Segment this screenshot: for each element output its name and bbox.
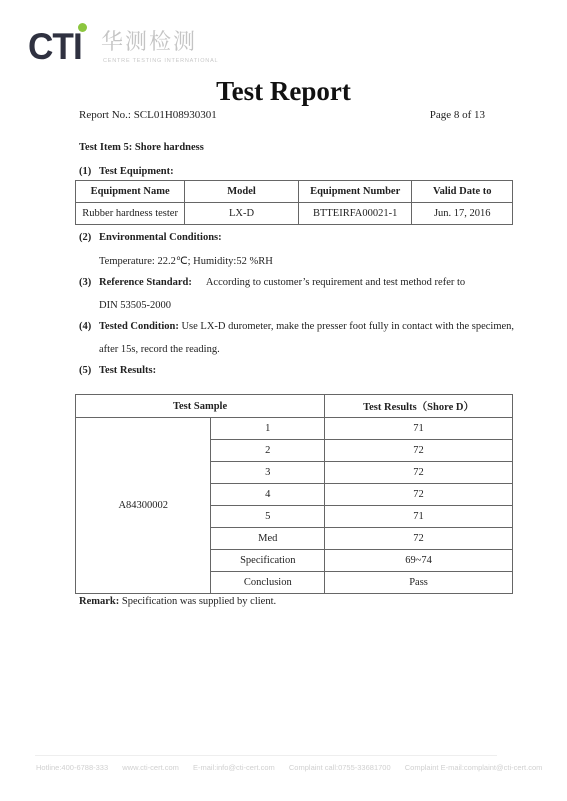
- footer-complaint-call: Complaint call:0755-33681700: [289, 763, 391, 772]
- footer-divider: [35, 755, 497, 756]
- table-cell: 3: [211, 462, 325, 484]
- table-cell: 1: [211, 418, 325, 440]
- logo-brand: CTI: [28, 30, 82, 64]
- table-cell: Jun. 17, 2016: [412, 203, 513, 225]
- table-cell: 71: [325, 418, 513, 440]
- table-header-row: Test Sample Test Results（Shore D）: [76, 395, 513, 418]
- table-cell: Rubber hardness tester: [76, 203, 185, 225]
- results-table: Test Sample Test Results（Shore D） A84300…: [75, 394, 513, 594]
- table-header-row: Equipment Name Model Equipment Number Va…: [76, 181, 513, 203]
- section-environment: (2)Environmental Conditions:: [79, 232, 222, 243]
- column-header: Test Results（Shore D）: [325, 395, 513, 418]
- column-header: Model: [185, 181, 299, 203]
- reference-standard: DIN 53505-2000: [99, 300, 171, 311]
- section-equipment: (1)Test Equipment:: [79, 166, 174, 177]
- report-number: Report No.: SCL01H08930301: [79, 109, 217, 121]
- equipment-table: Equipment Name Model Equipment Number Va…: [75, 180, 513, 225]
- sample-id-cell: A84300002: [76, 418, 211, 594]
- table-cell: 72: [325, 484, 513, 506]
- column-header: Test Sample: [76, 395, 325, 418]
- table-cell: Conclusion: [211, 572, 325, 594]
- column-header: Equipment Name: [76, 181, 185, 203]
- table-cell: 69~74: [325, 550, 513, 572]
- table-cell: Specification: [211, 550, 325, 572]
- table-cell: Pass: [325, 572, 513, 594]
- table-cell: 4: [211, 484, 325, 506]
- table-cell: 2: [211, 440, 325, 462]
- logo-dot-icon: [78, 23, 87, 32]
- section-condition: (4)Tested Condition: Use LX-D durometer,…: [79, 321, 514, 332]
- table-cell: LX-D: [185, 203, 299, 225]
- column-header: Equipment Number: [298, 181, 412, 203]
- table-cell: 72: [325, 440, 513, 462]
- table-row: Rubber hardness tester LX-D BTTEIRFA0002…: [76, 203, 513, 225]
- remark: Remark: Specification was supplied by cl…: [79, 596, 276, 607]
- condition-text: after 15s, record the reading.: [99, 344, 220, 355]
- table-cell: 72: [325, 528, 513, 550]
- logo-english-name: CENTRE TESTING INTERNATIONAL: [103, 58, 218, 64]
- table-row: A84300002171: [76, 418, 513, 440]
- footer: Hotline:400-6788-333 www.cti-cert.com E-…: [36, 763, 554, 772]
- footer-email: E-mail:info@cti-cert.com: [193, 763, 275, 772]
- environment-text: Temperature: 22.2℃; Humidity:52 %RH: [99, 255, 273, 267]
- test-item-title: Test Item 5: Shore hardness: [79, 142, 204, 153]
- footer-complaint-email: Complaint E-mail:complaint@cti-cert.com: [405, 763, 543, 772]
- table-cell: 71: [325, 506, 513, 528]
- table-cell: BTTEIRFA00021-1: [298, 203, 412, 225]
- page-title: Test Report: [0, 76, 567, 107]
- table-cell: 5: [211, 506, 325, 528]
- section-results: (5)Test Results:: [79, 365, 156, 376]
- table-cell: Med: [211, 528, 325, 550]
- page-number: Page 8 of 13: [430, 109, 485, 121]
- footer-website: www.cti-cert.com: [122, 763, 179, 772]
- table-cell: 72: [325, 462, 513, 484]
- logo-chinese-name: 华测检测: [101, 30, 197, 56]
- column-header: Valid Date to: [412, 181, 513, 203]
- section-reference: (3)Reference Standard:According to custo…: [79, 277, 465, 288]
- footer-hotline: Hotline:400-6788-333: [36, 763, 108, 772]
